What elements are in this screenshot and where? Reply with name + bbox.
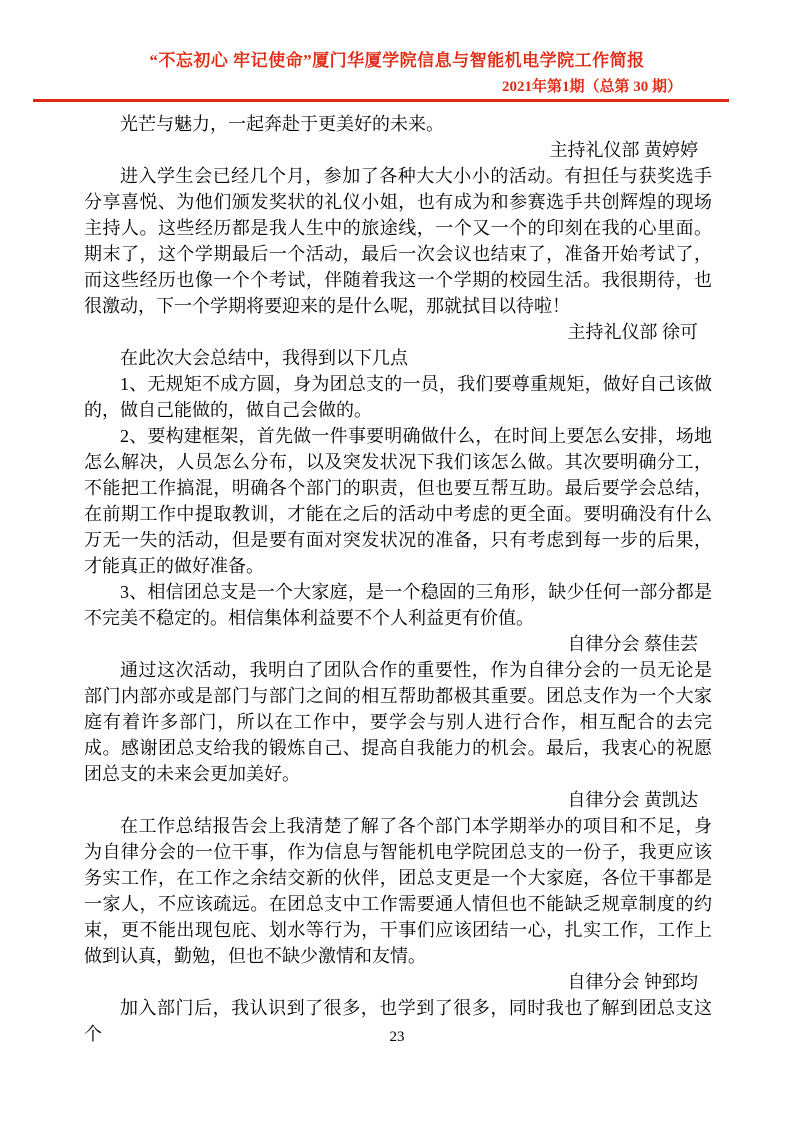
paragraph-point-3: 3、相信团总支是一个大家庭，是一个稳固的三角形，缺少任何一部分都是不完美不稳定的…	[84, 579, 712, 631]
paragraph-point-2: 2、要构建框架，首先做一件事要明确做什么，在时间上要怎么安排，场地怎么解决，人员…	[84, 423, 712, 579]
paragraph-point-1: 1、无规矩不成方圆，身为团总支的一员，我们要尊重规矩，做好自己该做的，做自己能做…	[84, 371, 712, 423]
paragraph-xu-ke-intro: 在此次大会总结中，我得到以下几点	[84, 345, 712, 371]
signature-huang-kaida: 自律分会 黄凯达	[84, 787, 712, 813]
signature-zhong-zhijun: 自律分会 钟郅均	[84, 969, 712, 995]
header-divider-line	[33, 99, 729, 102]
paragraph-huang-kaida: 在工作总结报告会上我清楚了解了各个部门本学期举办的项目和不足，身为自律分会的一位…	[84, 813, 712, 969]
paragraph-huang-tingting: 进入学生会已经几个月，参加了各种大大小小的活动。有担任与获奖选手分享喜悦、为他们…	[84, 163, 712, 319]
paragraph-cai-jiayun: 通过这次活动，我明白了团队合作的重要性，作为自律分会的一员无论是部门内部亦或是部…	[84, 657, 712, 787]
signature-huang-tingting: 主持礼仪部 黄婷婷	[84, 137, 712, 163]
document-page: “不忘初心 牢记使命”厦门华厦学院信息与智能机电学院工作简报 2021年第1期（…	[0, 0, 794, 1123]
signature-cai-jiayun: 自律分会 蔡佳芸	[84, 631, 712, 657]
signature-xu-ke: 主持礼仪部 徐可	[84, 319, 712, 345]
issue-info: 2021年第1期（总第 30 期）	[0, 77, 682, 97]
page-number: 23	[0, 1027, 794, 1047]
paragraph-continuation: 光芒与魅力，一起奔赴于更美好的未来。	[84, 111, 712, 137]
bulletin-title: “不忘初心 牢记使命”厦门华厦学院信息与智能机电学院工作简报	[0, 49, 794, 72]
document-body: 光芒与魅力，一起奔赴于更美好的未来。 主持礼仪部 黄婷婷 进入学生会已经几个月，…	[84, 111, 712, 1047]
